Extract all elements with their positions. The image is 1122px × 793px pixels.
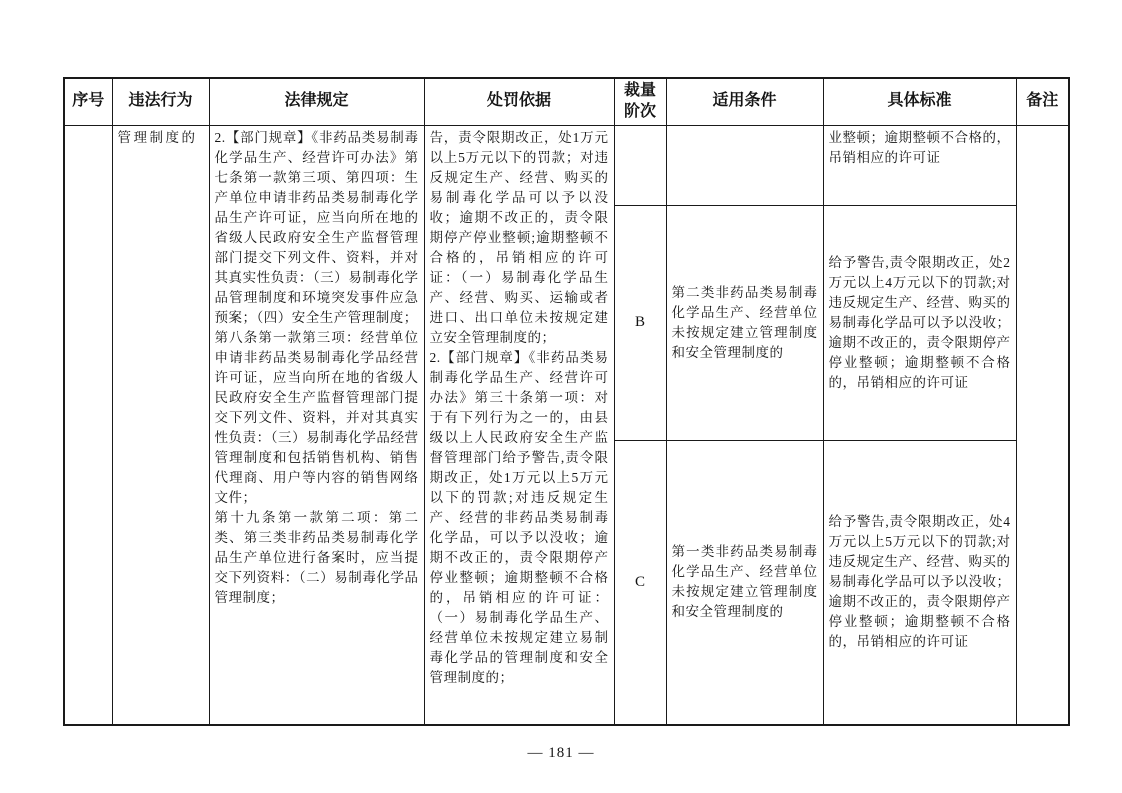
header-specific-standard-label: 具体标准 <box>887 92 951 109</box>
cell-serial <box>64 125 112 725</box>
header-applicable-condition-label: 适用条件 <box>712 92 776 109</box>
header-serial-number: 序号 <box>64 78 112 125</box>
cell-standard-c: 给予警告,责令限期改正，处4万元以上5万元以下的罚款;对违反规定生产、经营、购买… <box>823 440 1016 725</box>
header-penalty-basis-label: 处罚依据 <box>487 92 551 109</box>
header-remark: 备注 <box>1016 78 1069 125</box>
subrow-continuation: 管理制度的 2.【部门规章】《非药品类易制毒化学品生产、经营许可办法》第七条第一… <box>64 125 1069 205</box>
cell-penalty-basis: 告，责令限期改正，处1万元以上5万元以下的罚款；对违反规定生产、经营、购买的易制… <box>424 125 614 725</box>
cell-standard-continuation: 业整顿；逾期整顿不合格的，吊销相应的许可证 <box>823 125 1016 205</box>
penalty-discretion-table: 序号 违法行为 法律规定 处罚依据 裁量 阶次 适用条件 具体标准 备注 管理制… <box>63 77 1070 726</box>
cell-condition-b: 第二类非药品类易制毒化学品生产、经营单位未按规定建立管理制度和安全管理制度的 <box>666 205 823 440</box>
cell-standard-b: 给予警告,责令限期改正，处2万元以上4万元以下的罚款;对违反规定生产、经营、购买… <box>823 205 1016 440</box>
header-applicable-condition: 适用条件 <box>666 78 823 125</box>
header-discretion-tier: 裁量 阶次 <box>614 78 666 125</box>
cell-tier-continuation <box>614 125 666 205</box>
cell-legal-provision: 2.【部门规章】《非药品类易制毒化学品生产、经营许可办法》第七条第一款第三项、第… <box>209 125 424 725</box>
header-illegal-act-label: 违法行为 <box>128 92 192 109</box>
table-header-row: 序号 违法行为 法律规定 处罚依据 裁量 阶次 适用条件 具体标准 备注 <box>64 78 1069 125</box>
header-penalty-basis: 处罚依据 <box>424 78 614 125</box>
header-remark-label: 备注 <box>1026 92 1058 109</box>
cell-condition-continuation <box>666 125 823 205</box>
cell-tier-c: C <box>614 440 666 725</box>
header-illegal-act: 违法行为 <box>112 78 209 125</box>
header-specific-standard: 具体标准 <box>823 78 1016 125</box>
cell-tier-b: B <box>614 205 666 440</box>
header-legal-provision-label: 法律规定 <box>284 92 348 109</box>
header-legal-provision: 法律规定 <box>209 78 424 125</box>
page-number: — 181 — <box>0 745 1122 762</box>
cell-condition-c: 第一类非药品类易制毒化学品生产、经营单位未按规定建立管理制度和安全管理制度的 <box>666 440 823 725</box>
cell-violation: 管理制度的 <box>112 125 209 725</box>
header-discretion-tier-label: 裁量 阶次 <box>624 82 656 120</box>
header-serial-number-label: 序号 <box>72 92 104 109</box>
cell-remark <box>1016 125 1069 725</box>
